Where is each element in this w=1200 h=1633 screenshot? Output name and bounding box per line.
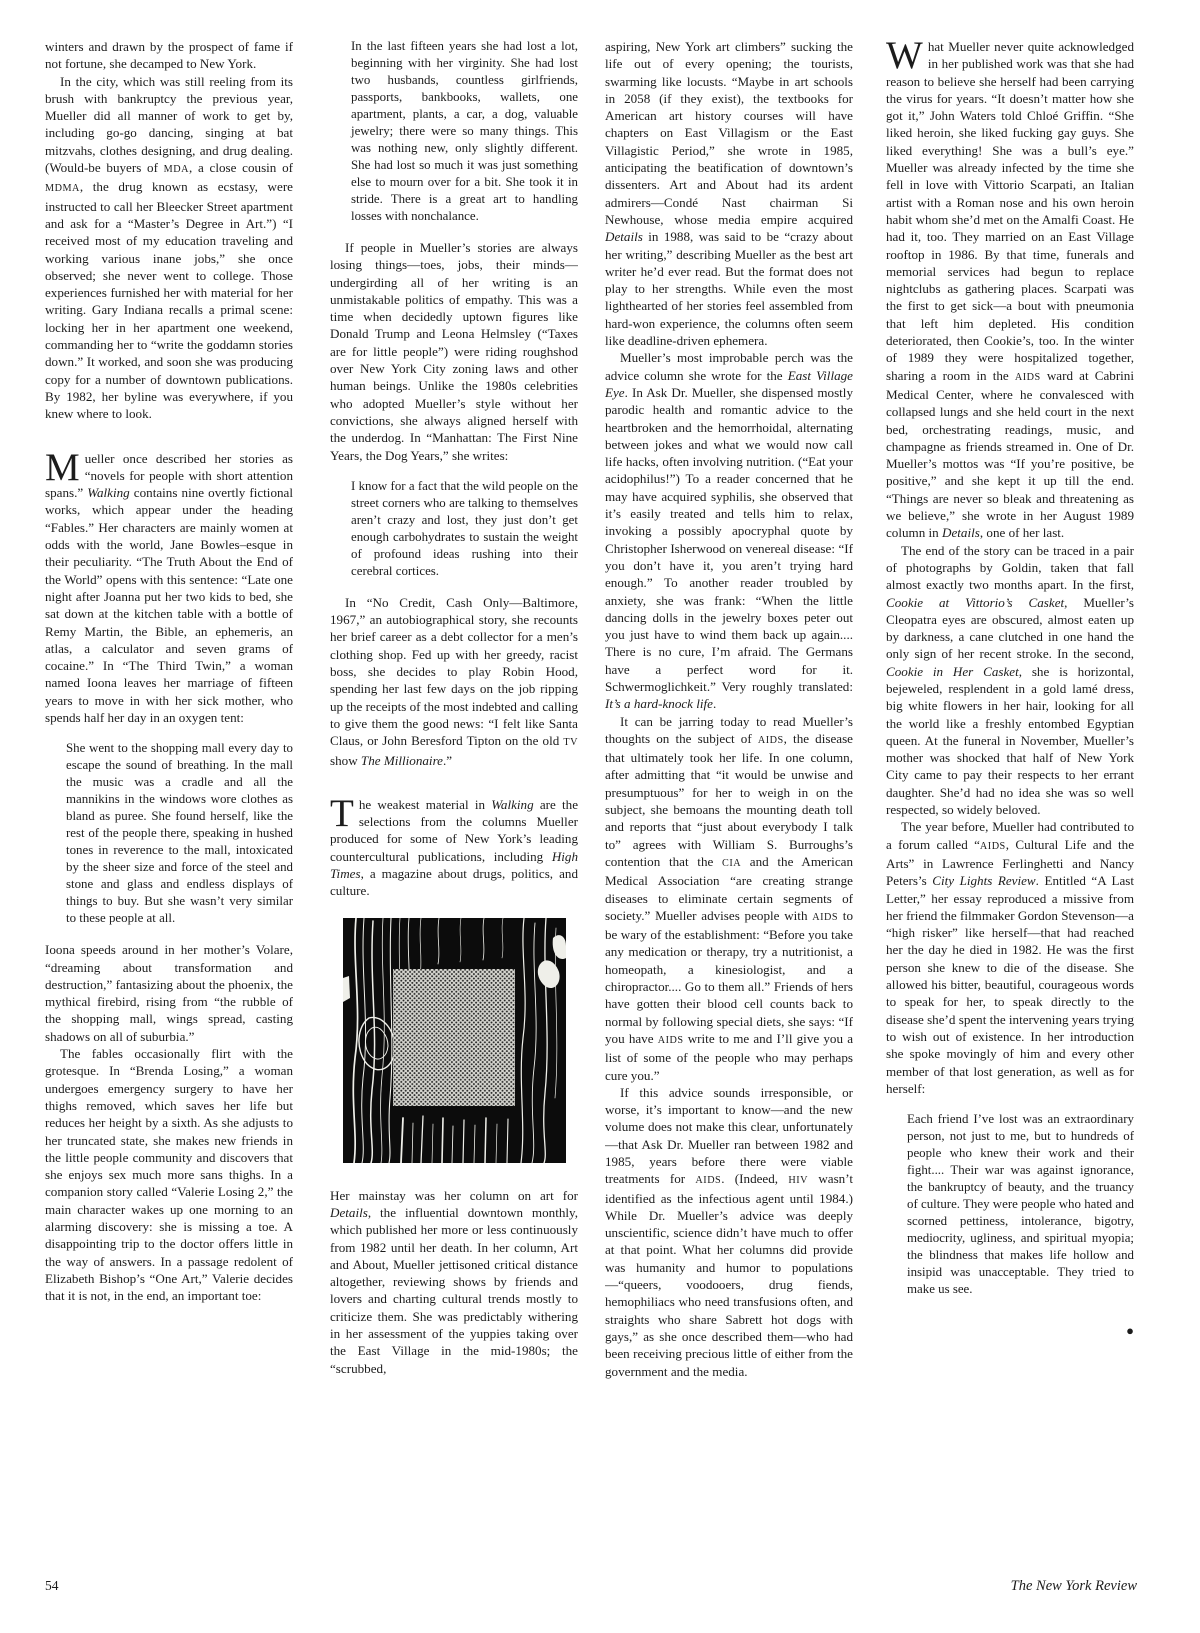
drop-cap: T	[330, 796, 359, 828]
text-column-2: In the last fifteen years she had lost a…	[330, 38, 578, 1576]
paragraph: The fables occasionally flirt with the g…	[45, 1045, 293, 1304]
block-quote: Each friend I’ve lost was an extraordina…	[907, 1111, 1134, 1298]
block-quote: In the last fifteen years she had lost a…	[351, 38, 578, 225]
paragraph: It can be jarring today to read Mueller’…	[605, 713, 853, 1084]
text-column-3: aspiring, New York art climbers” sucking…	[605, 38, 853, 1576]
block-quote: She went to the shopping mall every day …	[66, 740, 293, 927]
paragraph: winters and drawn by the prospect of fam…	[45, 38, 293, 73]
end-of-article-mark: ●	[886, 1324, 1134, 1337]
paragraph: The weakest material in Walking are the …	[330, 796, 578, 900]
text-column-1: winters and drawn by the prospect of fam…	[45, 38, 293, 1576]
paragraph: What Mueller never quite acknowledged in…	[886, 38, 1134, 542]
publication-name: The New York Review	[1011, 1578, 1137, 1595]
paragraph: The year before, Mueller had contributed…	[886, 818, 1134, 1097]
paragraph: aspiring, New York art climbers” sucking…	[605, 38, 853, 349]
paragraph: Ioona speeds around in her mother’s Vola…	[45, 941, 293, 1045]
text-column-4: What Mueller never quite acknowledged in…	[886, 38, 1134, 1576]
drop-cap: W	[886, 38, 928, 70]
page-footer: 54 The New York Review	[45, 1578, 1137, 1595]
paragraph: Her mainstay was her column on art for D…	[330, 1187, 578, 1377]
paragraph: Mueller’s most improbable perch was the …	[605, 349, 853, 712]
drop-cap: M	[45, 450, 85, 482]
paragraph: Mueller once described her stories as “n…	[45, 450, 293, 727]
page-number: 54	[45, 1578, 59, 1594]
paragraph: In the city, which was still reeling fro…	[45, 73, 293, 423]
paragraph: The end of the story can be traced in a …	[886, 542, 1134, 819]
woodcut-image	[343, 918, 566, 1163]
paragraph: In “No Credit, Cash Only—Baltimore, 1967…	[330, 594, 578, 769]
paragraph: If people in Mueller’s stories are alway…	[330, 239, 578, 464]
woodcut-graphic	[343, 918, 566, 1163]
block-quote: I know for a fact that the wild people o…	[351, 478, 578, 580]
magazine-page: winters and drawn by the prospect of fam…	[0, 0, 1200, 1633]
paragraph: If this advice sounds irresponsible, or …	[605, 1084, 853, 1380]
